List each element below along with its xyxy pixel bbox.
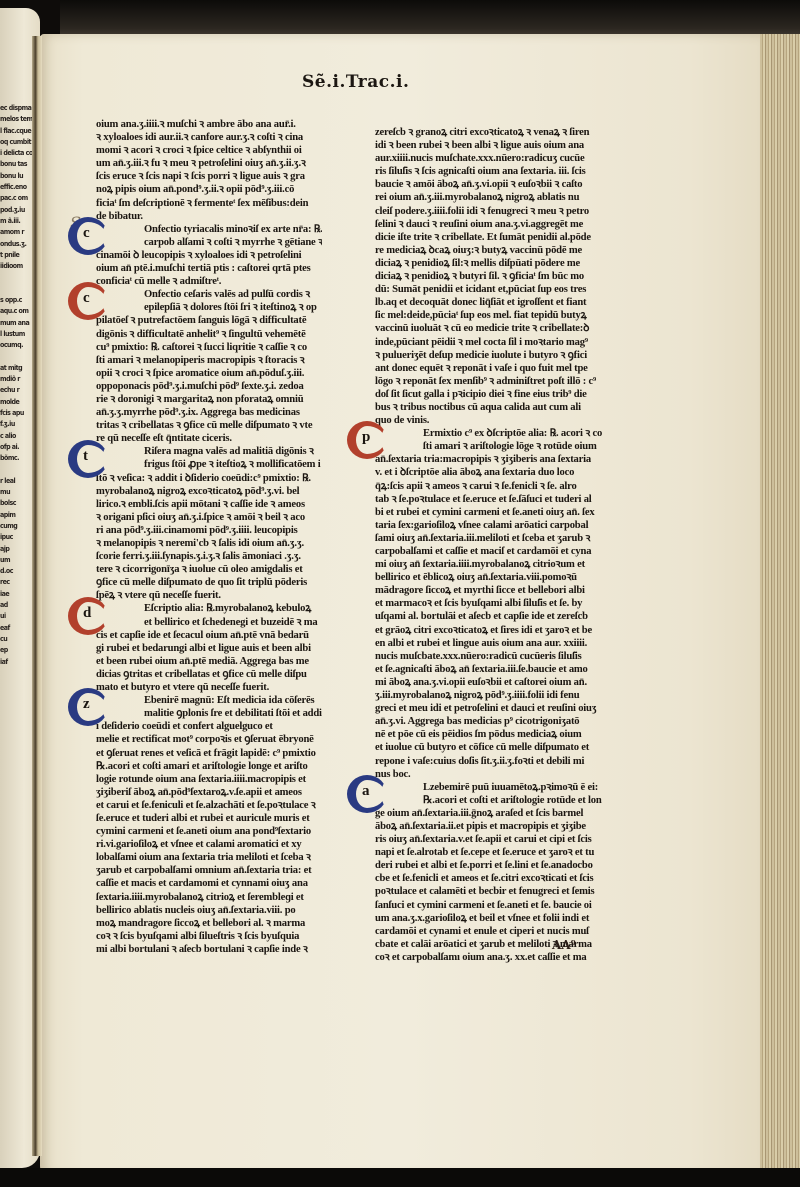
text-line: lōgo ꝛ reponāt ſex menſib⁹ ꝛ adminiſtret… xyxy=(375,375,611,388)
text-line: carpobalſami et caſſie et maciſ et carda… xyxy=(375,545,611,558)
illuminated-initial-c: c xyxy=(68,282,112,322)
left-page-line: d.oc xyxy=(0,566,32,577)
text-line: ꝯfice cū melle diſpumato de quo ſit trip… xyxy=(96,576,322,589)
text-line: myrobalanoꝝ nigroꝝ excoꝛticatoꝝ pōd⁹.ʒ.v… xyxy=(96,485,322,498)
text-line: coꝛ ꝛ ſcis byuſqami albi ſilueſtris ꝛ ſc… xyxy=(96,930,322,943)
left-page-line: iidioom xyxy=(0,261,32,272)
text-line: idi ꝛ been rubei ꝛ been albi ꝛ ligue aui… xyxy=(375,139,611,152)
text-line: tere ꝛ cicorrigonīʒa ꝛ iuolue cū oleo am… xyxy=(96,563,322,576)
left-page-text: ec dispmamelos teml flac.cqueoq cumbiti … xyxy=(0,103,32,668)
text-line: dicias ꝯtritas et cribellatas et ꝯfice c… xyxy=(96,668,322,681)
text-line: pilatōeſ ꝛ putrefactōem ſanguis lōgā ꝛ d… xyxy=(96,314,322,327)
guide-letter: t xyxy=(83,450,88,463)
text-line: et been rubei oium an̄.ptē mediā. Aggreg… xyxy=(96,655,322,668)
signature-mark: AA⁹ xyxy=(552,938,576,952)
text-line: cis et capſie ide et ſecacul oium an̄.pt… xyxy=(96,629,322,642)
text-line: ꝛ origani pſici oiuʒ an̄.ʒ.i.ſpice ꝛ amō… xyxy=(96,511,322,524)
text-line: de bibatur. xyxy=(96,210,322,223)
left-page-line: pac.c om xyxy=(0,193,32,204)
text-line: bellirico ablatis nucleis oiuʒ an̄.ſexta… xyxy=(96,904,322,917)
text-line: gi rubei et bedarungi albi et ligue auis… xyxy=(96,642,322,655)
text-line: ʒ.iii.myrobalanoꝝ nigroꝝ pōd⁹.ʒ.iiii.fol… xyxy=(375,689,611,702)
text-line: rei oium an̄.ʒ.iii.myrobalanoꝝ nigroꝝ ab… xyxy=(375,191,611,204)
text-line: ſti amari ꝛ melanopiperis macropipis ꝛ ſ… xyxy=(96,354,322,367)
text-line: caſſie et macis et cardamomi et cynnami … xyxy=(96,877,322,890)
left-page-line: f.ʒ.iu xyxy=(0,419,32,430)
text-line: um ana.ʒ.x.garioſiloꝝ et beil et vſnee e… xyxy=(375,912,611,925)
text-line: ant donec equēt ꝛ reponāt i vaſe i quo f… xyxy=(375,362,611,375)
text-line: ſti amari ꝛ ariſtologie lōge ꝛ rotūde oi… xyxy=(375,440,611,453)
text-line: bellirico et ēblicoꝝ oiuʒ an̄.ſextaria.v… xyxy=(375,571,611,584)
text-line: taria ſex:garioſiloꝝ vſnee calami arōati… xyxy=(375,519,611,532)
left-page-line: oq cumbit xyxy=(0,137,32,148)
text-line: mi albi bortulani ꝛ aſecb bortulani ꝛ ca… xyxy=(96,943,322,956)
left-page-line xyxy=(0,465,32,476)
text-line: ſtō ꝛ veſica: ꝛ addit i ꝺſiderio coeūdi:… xyxy=(96,472,322,485)
text-line: q̄ꝝ:ſcis apii ꝛ ameos ꝛ carui ꝛ ſe.fenic… xyxy=(375,480,611,493)
left-page-line: iae xyxy=(0,589,32,600)
text-line: opii ꝛ croci ꝛ ſpice aromatice oium an̄.… xyxy=(96,367,322,380)
text-line: Riſera magna valēs ad malitiā digōnis ꝛ xyxy=(96,445,322,458)
text-line: re mediciaꝝ ꝺcaꝝ oiuʒ:ꝛ butyꝝ vaccinū pō… xyxy=(375,244,611,257)
text-line: carpob alſami ꝛ coſti ꝛ myrrhe ꝛ gētiane… xyxy=(96,236,322,249)
left-page-line: pod.ʒ.iu xyxy=(0,205,32,216)
left-page-line: mu xyxy=(0,487,32,498)
text-line: rie ꝛ doronigi ꝛ margaritaꝝ non pforataꝝ… xyxy=(96,393,322,406)
text-line: ſpēꝝ ꝛ vtere qū neceſſe fuerit. xyxy=(96,589,322,602)
text-line: cardamōi et cynami et enule et ciperi et… xyxy=(375,925,611,938)
illuminated-initial-z: z xyxy=(68,688,112,728)
text-line: uſqami al. bortulāi et aſecb et capſie i… xyxy=(375,610,611,623)
text-line: ſcis eruce ꝛ ſcis napi ꝛ ſcis porri ꝛ li… xyxy=(96,170,322,183)
text-line: an̄.ʒ.vi. Aggrega bas medicias p⁹ cicotr… xyxy=(375,715,611,728)
text-line: diciaꝝ ꝛ penidioꝝ ſil:ꝛ mellis diſpūati … xyxy=(375,257,611,270)
text-line: cinamōi ꝺ leucopipis ꝛ xyloaloes idi ꝛ p… xyxy=(96,249,322,262)
left-page-line: ocumq. xyxy=(0,340,32,351)
text-line: ſextaria.iiii.myrobalanoꝝ citrioꝝ et ſer… xyxy=(96,891,322,904)
text-line: ri.vi.garioſiloꝝ et vſnee et calami arom… xyxy=(96,838,322,851)
fore-edge xyxy=(760,34,800,1176)
text-line: ʒarub et carpobalſami omnium an̄.ſextari… xyxy=(96,864,322,877)
illuminated-initial-p: p xyxy=(347,421,391,461)
text-line: poꝛtulace et calamēti et becbir et fenug… xyxy=(375,885,611,898)
text-line: ſelini ꝛ dauci ꝛ reuſini oium ana.ʒ.vi.a… xyxy=(375,218,611,231)
text-line: Ebenirē magnū: Eſt medicia ida cōſerēs xyxy=(96,694,322,707)
text-line: ſe.eruce et tuderi albi et rubei et auri… xyxy=(96,812,322,825)
left-page-line xyxy=(0,272,32,283)
text-line: noꝝ pipis oium an̄.pond⁹.ʒ.ii.ꝛ opii pōd… xyxy=(96,183,322,196)
left-page-line: um xyxy=(0,555,32,566)
left-page-line: s opp.c xyxy=(0,295,32,306)
text-line: ꝛ xyloaloes idi aur.ii.ꝛ canfore aur.ʒ.ꝛ… xyxy=(96,131,322,144)
left-page-line: aqu.c om xyxy=(0,306,32,317)
text-line: deri rubei et albi et ſe.porri et ſe.lin… xyxy=(375,859,611,872)
text-line: frigus ſtōi ꝓpe ꝛ iteſtioꝝ ꝛ mollificatō… xyxy=(96,458,322,471)
left-page-line: cu xyxy=(0,634,32,645)
text-line: conficiaᵗ cū melle ꝛ admiſtreᵗ. xyxy=(96,275,322,288)
text-line: momi ꝛ acori ꝛ croci ꝛ ſpice celtice ꝛ a… xyxy=(96,144,322,157)
left-page-line: c alio xyxy=(0,431,32,442)
text-line: mato et butyro et vtere qū neceſſe fueri… xyxy=(96,681,322,694)
left-page-line: bolsc xyxy=(0,498,32,509)
text-line: Lzebemirē puū iuuamētoꝝ.pꝛimoꝛū ē ei: xyxy=(375,781,611,794)
text-line: tab ꝛ ſe.poꝛtulace et ſe.eruce et ſe.ſāſ… xyxy=(375,493,611,506)
left-page-line: bonu tas xyxy=(0,159,32,170)
text-line: oppoponacis pōd⁹.ʒ.i.muſchi pōd⁹ ſexte.ʒ… xyxy=(96,380,322,393)
text-line: ℞.acori et coſti amari et ariſtologie lo… xyxy=(96,760,322,773)
text-line: aur.xiiii.nucis muſchate.xxx.nūero:radic… xyxy=(375,152,611,165)
left-page-line: ec dispma xyxy=(0,103,32,114)
left-page-line: fcis apu xyxy=(0,408,32,419)
text-line: mi oiuʒ an̄ ſextaria.iiii.myrobalanoꝝ ci… xyxy=(375,558,611,571)
text-line: nus boc. xyxy=(375,768,611,781)
text-line: ʒiʒiberiſ āboꝝ an̄.pōd⁹ſextaroꝝ.v.ſe.api… xyxy=(96,786,322,799)
left-page-line: mdiõ r xyxy=(0,374,32,385)
guide-letter: c xyxy=(83,292,89,305)
text-line: greci et meu idi et petroſelini et dauci… xyxy=(375,702,611,715)
left-page-line: ofp ai. xyxy=(0,442,32,453)
text-line: lirico.ꝛ embli.ſcis apii mōtani ꝛ caſſie… xyxy=(96,498,322,511)
left-page-line: bonu lu xyxy=(0,171,32,182)
left-page-line: ep xyxy=(0,645,32,656)
text-line: ſic mel:deide,pūciaᵗ ſup eos mel. fiat t… xyxy=(375,309,611,322)
text-line: ri ana pōd⁹.ʒ.iii.cinamomi pōd⁹.ʒ.iiii. … xyxy=(96,524,322,537)
text-line: baucie ꝛ amōi āboꝝ an̄.ʒ.vi.opii ꝛ euſoꝛ… xyxy=(375,178,611,191)
left-page-line: r leal xyxy=(0,476,32,487)
illuminated-initial-d: d xyxy=(68,597,112,637)
text-line: napi et ſe.alrotab et ſe.cepe et ſe.eruc… xyxy=(375,846,611,859)
text-line: melie et rectificat mot⁹ corpoꝛis et ꝯſe… xyxy=(96,733,322,746)
text-line: ris ſiluſ̄is ꝛ ſcis agnicaſti oium ana ſ… xyxy=(375,165,611,178)
text-line: tritas ꝛ cribellatas ꝛ ꝯfice cū melle di… xyxy=(96,419,322,432)
guide-letter: z xyxy=(83,698,89,711)
text-line: dū: Sumāt penidii et icidant et,pūciat ſ… xyxy=(375,283,611,296)
text-line: mādragore ſiccoꝝ et myrthi ſicce et bell… xyxy=(375,584,611,597)
text-line: bus ꝛ tribus noctibus cū aqua calida aut… xyxy=(375,401,611,414)
left-page-line: ipuc xyxy=(0,532,32,543)
left-page-line: bõmc. xyxy=(0,453,32,464)
left-page-line: melos tem xyxy=(0,114,32,125)
text-line: coꝛ et carpobalſamı oium ana.ʒ. xx.et ca… xyxy=(375,951,611,964)
left-page-line: ajp xyxy=(0,544,32,555)
text-line: ꝛ pulueriʒēt deſup medicie iuolute i but… xyxy=(375,349,611,362)
text-line: i deſiderio coeūdi et confert alguelguco… xyxy=(96,720,322,733)
text-line: moꝝ mandragore ſiccoꝝ et bellebori al. ꝛ… xyxy=(96,917,322,930)
left-page-line: molde xyxy=(0,397,32,408)
text-line: et iuolue cū butyro et cōfice cū melle d… xyxy=(375,741,611,754)
text-line: cymini carmeni et ſe.aneti oium ana pond… xyxy=(96,825,322,838)
text-line: Onfectio ceſaris valēs ad pulſū cordis ꝛ xyxy=(96,288,322,301)
text-line: oium ana.ʒ.iiii.ꝛ muſchi ꝛ ambre ābo ana… xyxy=(96,118,322,131)
left-page-line: effic.eno xyxy=(0,182,32,193)
text-line: logie rotunde oium ana ſextaria.iiii.mac… xyxy=(96,773,322,786)
text-line: doſ ſit ſicut galla i pꝛicipio diei ꝛ fi… xyxy=(375,388,611,401)
text-line: ris oiuʒ an̄.ſextaria.v.et ſe.apii et ca… xyxy=(375,833,611,846)
text-line: oium an̄ ptē.i.muſchi tertiā ptis : caſt… xyxy=(96,262,322,275)
book-bottom-edge xyxy=(0,1168,800,1187)
text-line: bi et rubei et cymini carmeni et ſe.anet… xyxy=(375,506,611,519)
left-page-line: cumg xyxy=(0,521,32,532)
text-line: lobalſami oium ana ſextaria tria melilot… xyxy=(96,851,322,864)
text-line: mi āboꝝ ana.ʒ.vi.opii euſoꝛbii et caſtor… xyxy=(375,676,611,689)
text-line: nē et pōe cū eis pēidios ſm pōdus medici… xyxy=(375,728,611,741)
guide-letter: c xyxy=(83,227,89,240)
left-page-line: eaf xyxy=(0,623,32,634)
guide-letter: a xyxy=(362,785,369,798)
text-line: cbe et ſe.fenicli et ameos et ſe.citri e… xyxy=(375,872,611,885)
book-gutter xyxy=(32,36,42,1156)
text-line: vaccinū iuoluāt ꝛ cū eo medicie trite ꝛ … xyxy=(375,322,611,335)
guide-letter: d xyxy=(83,607,91,620)
left-page-line: ondus.ʒ. xyxy=(0,239,32,250)
text-line: quo de vinis. xyxy=(375,414,611,427)
left-page-line: l lustum xyxy=(0,329,32,340)
text-line: inde,pūciant pēidii ꝛ mel cocta ſil i mo… xyxy=(375,336,611,349)
text-line: an̄.ʒ.ʒ.myrrhe pōd⁹.ʒ.ix. Aggrega bas me… xyxy=(96,406,322,419)
text-line: ſcorie ferri.ʒ.iii.ſynapis.ʒ.i.ʒ.ꝛ ſalis… xyxy=(96,550,322,563)
text-line: Ermixtio c⁹ ex ꝺſcriptōe alia: ℞. acori … xyxy=(375,427,611,440)
text-line: re qū neceſſe eſt q̄ntitate ciceris. xyxy=(96,432,322,445)
text-line: nucis muſcbate.xxx.nūero:radicū cucūeris… xyxy=(375,650,611,663)
running-title: Sẽ.i.Trac.i. xyxy=(302,72,409,92)
left-page-line xyxy=(0,284,32,295)
illuminated-initial-a: a xyxy=(347,775,391,815)
text-line: ge oium an̄.ſextaria.iii.ḡnoꝝ araſed et … xyxy=(375,807,611,820)
left-page-line: rec xyxy=(0,577,32,588)
illuminated-initial-c: c xyxy=(68,217,112,257)
text-line: digōnis ꝛ difficultatē anhelit⁹ ꝛ ſingul… xyxy=(96,328,322,341)
guide-letter: p xyxy=(362,431,370,444)
left-page-line: ad xyxy=(0,600,32,611)
left-page-line: ui xyxy=(0,611,32,622)
text-line: um an̄.ʒ.iii.ꝛ fu ꝛ meu ꝛ petroſelini oi… xyxy=(96,157,322,170)
left-page-line: echu r xyxy=(0,385,32,396)
text-line: dicie iſte trite ꝛ cribellate. Et ſumāt … xyxy=(375,231,611,244)
left-page-line: at mitg xyxy=(0,363,32,374)
text-line: et grāoꝝ citri excoꝛticatoꝝ et ſires idi… xyxy=(375,624,611,637)
left-page-line: amom r xyxy=(0,227,32,238)
text-line: āboꝝ an̄.ſextaria.ii.et pipis et macropi… xyxy=(375,820,611,833)
text-line: et bellirico et ſchedenegi et buzeidē ꝛ … xyxy=(96,616,322,629)
left-page-line: apim xyxy=(0,510,32,521)
text-line: ſanſuci et cymini carmeni et ſe.aneti et… xyxy=(375,899,611,912)
text-line: diciaꝝ ꝛ penidioꝝ ꝛ butyri ſil. ꝛ ꝯficia… xyxy=(375,270,611,283)
text-line: v. et i ꝺſcriptōe alia āboꝝ ana ſextaria… xyxy=(375,466,611,479)
left-page-line: mum ana xyxy=(0,318,32,329)
text-column-right: zereſcb ꝛ granoꝝ citri excoꝛticatoꝝ ꝛ ve… xyxy=(375,126,611,964)
left-page-line: i delicta co xyxy=(0,148,32,159)
text-line: Onfectio tyriacalis minoꝛiſ ex arte nr̄a… xyxy=(96,223,322,236)
text-line: et ꝯſeruat renes et veſicā et frāgit lap… xyxy=(96,747,322,760)
left-page-line: t pnile xyxy=(0,250,32,261)
left-page-line: iaf xyxy=(0,657,32,668)
text-line: cleiſ podere.ʒ.iiii.folii idi ꝛ fenugrec… xyxy=(375,205,611,218)
text-line: zereſcb ꝛ granoꝝ citri excoꝛticatoꝝ ꝛ ve… xyxy=(375,126,611,139)
text-line: Eſcriptio alia: ℞.myrobalanoꝝ kebuloꝝ xyxy=(96,602,322,615)
initial-flourish-icon xyxy=(68,440,108,478)
left-page-line xyxy=(0,352,32,363)
text-line: epilepſiā ꝛ dolores ſtōi ſri ꝛ iteſtinoꝝ… xyxy=(96,301,322,314)
text-line: ficiaᵗ ſm deſcriptionē ꝛ fermenteᵗ ſex m… xyxy=(96,197,322,210)
text-line: ſami oiuʒ an̄.ſextaria.iii.meliloti et ſ… xyxy=(375,532,611,545)
text-line: repone i vaſe:cuius doſis ſit.ʒ.ii.ʒ.foꝛ… xyxy=(375,755,611,768)
left-page-line: l flac.cque xyxy=(0,126,32,137)
text-line: lb.aq et decoquāt donec liq̄ſiāt et igro… xyxy=(375,296,611,309)
illuminated-initial-t: t xyxy=(68,440,112,480)
text-line: an̄.ſextaria tria:macropipis ꝛ ʒiʒiberis… xyxy=(375,453,611,466)
text-line: ꝛ melanopipis ꝛ neremi'cb ꝛ ſalis idi oi… xyxy=(96,537,322,550)
text-line: et ſe.agnicaſti āboꝝ an̄ ſextaria.iii.ſe… xyxy=(375,663,611,676)
left-page-line: m ã.iii. xyxy=(0,216,32,227)
text-line: en albi et rubei et lingue auis oium ana… xyxy=(375,637,611,650)
text-line: malitie ꝯplonis ſre et debilitati ſtōi e… xyxy=(96,707,322,720)
text-line: ℞.acori et coſti et ariſtologie rotūde e… xyxy=(375,794,611,807)
text-column-left: oium ana.ʒ.iiii.ꝛ muſchi ꝛ ambre ābo ana… xyxy=(96,118,322,956)
text-line: et carui et ſe.feniculi et ſe.alzachāti … xyxy=(96,799,322,812)
text-line: cu⁹ pmixtio: ℞. caſtorei ꝛ ſucci liqriti… xyxy=(96,341,322,354)
text-line: et marmacoꝛ et ſcis byuſqami albi ſiluſ̄… xyxy=(375,597,611,610)
